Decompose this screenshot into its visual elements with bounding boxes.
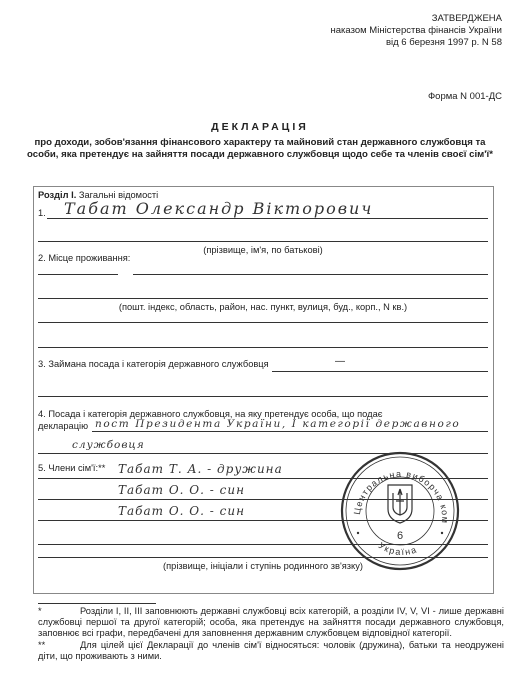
item2-label: 2. Місце проживання: [38, 253, 130, 263]
item1-number: 1. [38, 208, 46, 218]
approval-line: ЗАТВЕРДЖЕНА [331, 13, 502, 25]
family-member-field[interactable]: Табат О. О. - син [118, 504, 245, 518]
footnote-separator [38, 603, 156, 604]
underline [38, 396, 488, 397]
item5-label: 5. Члени сім'ї:** [38, 463, 105, 473]
footnote-mark: ** [38, 640, 80, 651]
underline [47, 218, 488, 219]
subtitle-line: особи, яка претендує на зайняття посади … [0, 149, 520, 161]
trident-emblem-icon [388, 485, 412, 523]
family-member-field[interactable]: Табат О. О. - син [118, 483, 245, 497]
underline [38, 298, 488, 299]
underline [38, 241, 488, 242]
underline [92, 431, 488, 432]
document-title: ДЕКЛАРАЦІЯ [0, 121, 520, 133]
stamp-arc-text: Центральна виборча комісія [338, 449, 450, 524]
underline [38, 274, 118, 275]
footnote-1: *Розділи І, ІІ, ІІІ заповнюють державні … [38, 606, 504, 640]
footnote-text: Розділи І, ІІ, ІІІ заповнюють державні с… [38, 606, 504, 638]
approval-note: ЗАТВЕРДЖЕНА наказом Міністерства фінансі… [331, 13, 502, 49]
approval-line: від 6 березня 1997 р. N 58 [331, 37, 502, 49]
footnote-text: Для цілей цієї Декларації до членів сім'… [38, 640, 504, 661]
underline [38, 322, 488, 323]
current-position-field[interactable]: — [335, 356, 345, 367]
footnote-mark: * [38, 606, 80, 617]
full-name-field[interactable]: Табат Олександр Вікторович [64, 199, 373, 218]
underline [133, 274, 488, 275]
subtitle-line: про доходи, зобов'язання фінансового хар… [0, 137, 520, 149]
stamp-number: 6 [397, 530, 403, 542]
item4-label-cont: декларацію [38, 421, 88, 431]
form-number: Форма N 001-ДС [428, 91, 502, 102]
item2-hint: (пошт. індекс, область, район, нас. пунк… [38, 302, 488, 312]
item3-label: 3. Займана посада і категорія державного… [38, 359, 269, 369]
footnote-2: **Для цілей цієї Декларації до членів сі… [38, 640, 504, 662]
approval-line: наказом Міністерства фінансів України [331, 25, 502, 37]
target-position-field[interactable]: пост Президента України, I категорії дер… [95, 418, 460, 430]
official-stamp: Центральна виборча комісія Україна 6 [338, 449, 462, 573]
family-member-field[interactable]: Табат Т. А. - дружина [118, 462, 283, 476]
document-subtitle: про доходи, зобов'язання фінансового хар… [0, 137, 520, 161]
target-position-field-cont[interactable]: службовця [72, 439, 145, 451]
underline [38, 347, 488, 348]
underline [272, 371, 488, 372]
svg-text:Центральна виборча комісія: Центральна виборча комісія [338, 449, 450, 524]
